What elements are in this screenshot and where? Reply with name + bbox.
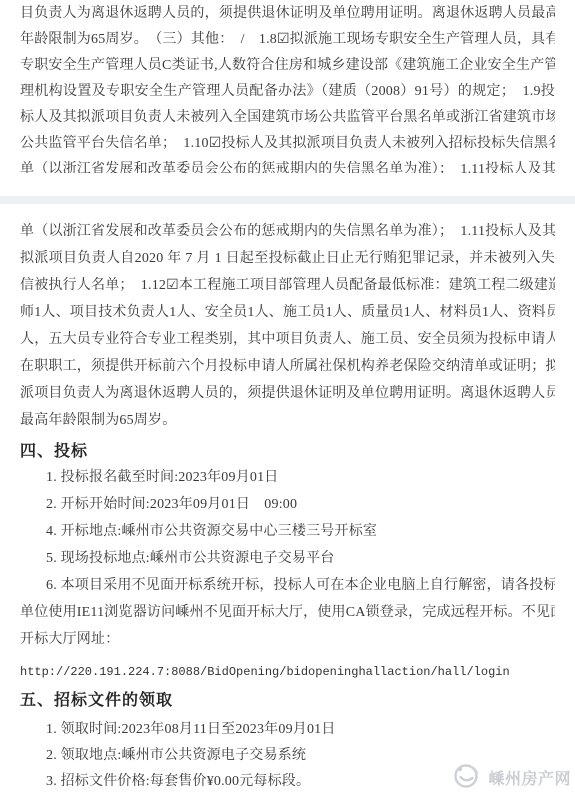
document-text-line: 人，五大员专业符合专业工程类别，其中项目负责人、施工员、安全员须为投标申请人 (20, 326, 555, 353)
bidding-info-item: 4. 开标地点:嵊州市公共资源交易中心三楼三号开标室 (20, 518, 555, 545)
document-text-line: 理机构设置及专职安全生产管理人员配备办法》（建质（2008）91号）的规定； 1… (20, 79, 555, 105)
watermark-site-name: 嵊州房产网 (488, 766, 571, 789)
tender-document: 目负责人为离退休返聘人员的，须提供退休证明及单位聘用证明。离退休返聘人员最高年龄… (0, 1, 575, 795)
document-text-line: 目负责人为离退休返聘人员的，须提供退休证明及单位聘用证明。离退休返聘人员最高 (20, 1, 555, 27)
document-text-line: 最高年龄限制为65周岁。 (20, 407, 555, 434)
collection-info-item: 1. 领取时间:2023年08月11日至2023年09月01日 (20, 717, 555, 743)
bidding-info-item: 2. 开标开始时间:2023年09月01日 09:00 (20, 491, 555, 518)
bidding-info-list: 1. 投标报名截至时间:2023年09月01日2. 开标开始时间:2023年09… (20, 464, 555, 572)
document-text-line: 拟派项目负责人自2020 年 7 月 1 日起至投标截止日止无行贿犯罪记录，并未… (20, 245, 555, 272)
document-text-line: 标人及其拟派项目负责人未被列入全国建筑市场公共监管平台黑名单或浙江省建筑市场 (20, 105, 555, 131)
document-text-line: 公共监管平台失信名单； 1.10☑投标人及其拟派项目负责人未被列入招标投标失信黑… (20, 131, 555, 157)
document-text-line: 派项目负责人为离退休返聘人员的，须提供退休证明及单位聘用证明。离退休返聘人员 (20, 380, 555, 407)
site-watermark: 嵊州房产网 (451, 761, 571, 794)
section-heading-document-collection: 五、招标文件的领取 (20, 689, 555, 713)
document-text-line: 6. 本项目采用不见面开标系统开标，投标人可在本企业电脑上自行解密，请各投标 (20, 572, 555, 599)
document-text-line: 单（以浙江省发展和改革委员会公布的惩戒期内的失信黑名单为准）； 1.11投标人及… (20, 218, 555, 245)
document-text-line: 单位使用IE11浏览器访问嵊州不见面开标大厅，使用CA锁登录，完成远程开标。不见… (20, 599, 555, 626)
page-main-fragment: 单（以浙江省发展和改革委员会公布的惩戒期内的失信黑名单为准）； 1.11投标人及… (20, 218, 555, 434)
document-text-line: 专职安全生产管理人员C类证书,人数符合住房和城乡建设部《建筑施工企业安全生产管 (20, 53, 555, 79)
bidding-info-item: 1. 投标报名截至时间:2023年09月01日 (20, 464, 555, 491)
bid-opening-hall-url: http://220.191.224.7:8088/BidOpening/bid… (20, 659, 555, 685)
page-break-separator (0, 196, 575, 204)
document-text-line: 师1人、项目技术负责人1人、安全员1人、施工员1人、质量员1人、材料员1人、资料… (20, 299, 555, 326)
bidding-info-item: 5. 现场投标地点:嵊州市公共资源电子交易平台 (20, 545, 555, 572)
document-text-line: 单（以浙江省发展和改革委员会公布的惩戒期内的失信黑名单为准）； 1.11投标人及… (20, 157, 555, 173)
remote-bid-opening-paragraph: 6. 本项目采用不见面开标系统开标，投标人可在本企业电脑上自行解密，请各投标单位… (20, 572, 555, 653)
circle-logo-icon (451, 761, 483, 794)
page-top-fragment: 目负责人为离退休返聘人员的，须提供退休证明及单位聘用证明。离退休返聘人员最高年龄… (20, 1, 555, 173)
document-text-line: 在职职工，须提供开标前六个月投标申请人所属社保机构养老保险交纳清单或证明；拟 (20, 353, 555, 380)
document-text-line: 信被执行人名单； 1.12☑本工程施工项目部管理人员配备最低标准：建筑工程二级建… (20, 272, 555, 299)
document-text-line: 年龄限制为65周岁。 （三）其他： / 1.8☑拟派施工现场专职安全生产管理人员… (20, 27, 555, 53)
section-heading-bidding: 四、投标 (20, 440, 555, 464)
document-text-line: 开标大厅网址： (20, 626, 555, 653)
